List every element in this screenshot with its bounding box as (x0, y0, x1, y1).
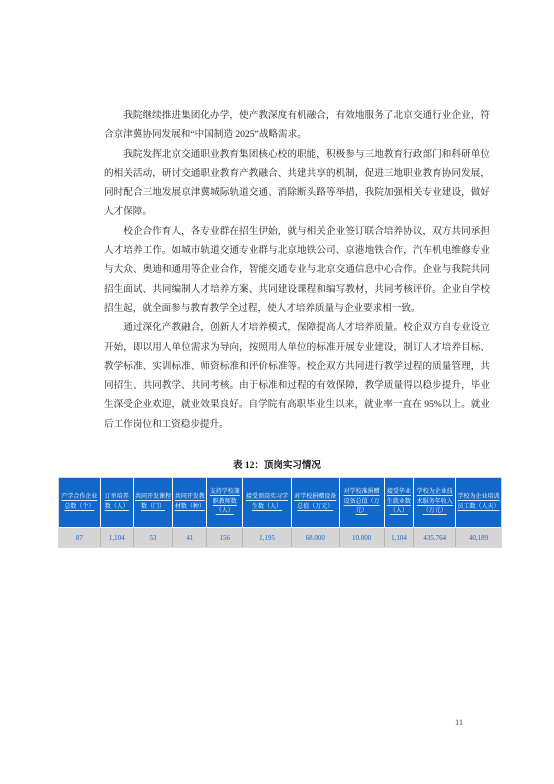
table-caption: 表 12：顶岗实习情况 (0, 457, 554, 471)
col-8-value: 10.000 (340, 527, 385, 547)
table-column-6: 接受顶岗实习学生数（人） 1,195 (243, 478, 292, 547)
col-5-header: 支持学校兼职教师数（人） (207, 478, 243, 527)
col-4-header: 共同开发教材数（种） (173, 478, 207, 527)
table-column-3: 共同开发课程数（门） 53 (134, 478, 174, 547)
col-4-value: 41 (173, 527, 207, 547)
col-2-value: 1,104 (101, 527, 134, 547)
table-column-10: 学校为企业技术服务年收入（万元） 435.764 (414, 478, 456, 547)
paragraph-1: 我院继续推进集团化办学，使产教深度有机融合，有效地服务了北京交通行业企业，符合京… (104, 106, 490, 145)
document-page: 我院继续推进集团化办学，使产教深度有机融合，有效地服务了北京交通行业企业，符合京… (0, 0, 554, 784)
col-6-header: 接受顶岗实习学生数（人） (243, 478, 292, 527)
col-9-value: 1,104 (385, 527, 415, 547)
paragraph-3: 校企合作育人，各专业群在招生伊始，就与相关企业签订联合培养协议，双方共同承担人才… (104, 222, 490, 318)
internship-stats-table: 产学合作企业总数（个） 87 订单培养数（人） 1,104 共同开发课程数（门）… (58, 477, 502, 548)
col-11-value: 40,189 (456, 527, 501, 547)
table-column-7: 对学校捐赠设备总值（万元） 68.000 (292, 478, 340, 547)
col-11-header: 学校为企业培训员工数（人天） (456, 478, 501, 527)
col-3-value: 53 (134, 527, 174, 547)
table-column-2: 订单培养数（人） 1,104 (101, 478, 134, 547)
col-1-value: 87 (59, 527, 101, 547)
col-5-value: 156 (207, 527, 243, 547)
col-1-header: 产学合作企业总数（个） (59, 478, 101, 527)
col-8-header: 对学校准捐赠设备总值（万元） (340, 478, 385, 527)
table-column-11: 学校为企业培训员工数（人天） 40,189 (456, 478, 501, 547)
table-column-5: 支持学校兼职教师数（人） 156 (207, 478, 243, 547)
col-3-header: 共同开发课程数（门） (134, 478, 174, 527)
paragraph-2: 我院发挥北京交通职业教育集团核心校的职能，积极参与三地教育行政部门和科研单位的相… (104, 145, 490, 222)
col-10-value: 435.764 (414, 527, 456, 547)
page-number: 11 (455, 717, 463, 727)
col-6-value: 1,195 (243, 527, 292, 547)
col-9-header: 接受毕业生就业数（人） (385, 478, 415, 527)
col-7-header: 对学校捐赠设备总值（万元） (292, 478, 340, 527)
body-text-block: 我院继续推进集团化办学，使产教深度有机融合，有效地服务了北京交通行业企业，符合京… (104, 106, 490, 434)
col-2-header: 订单培养数（人） (101, 478, 134, 527)
table-column-1: 产学合作企业总数（个） 87 (59, 478, 101, 547)
table-column-4: 共同开发教材数（种） 41 (173, 478, 207, 547)
table-column-8: 对学校准捐赠设备总值（万元） 10.000 (340, 478, 385, 547)
paragraph-4: 通过深化产教融合，创新人才培养模式，保障提高人才培养质量。校企双方自专业设立开始… (104, 318, 490, 434)
table-column-9: 接受毕业生就业数（人） 1,104 (385, 478, 415, 547)
col-10-header: 学校为企业技术服务年收入（万元） (414, 478, 456, 527)
col-7-value: 68.000 (292, 527, 340, 547)
